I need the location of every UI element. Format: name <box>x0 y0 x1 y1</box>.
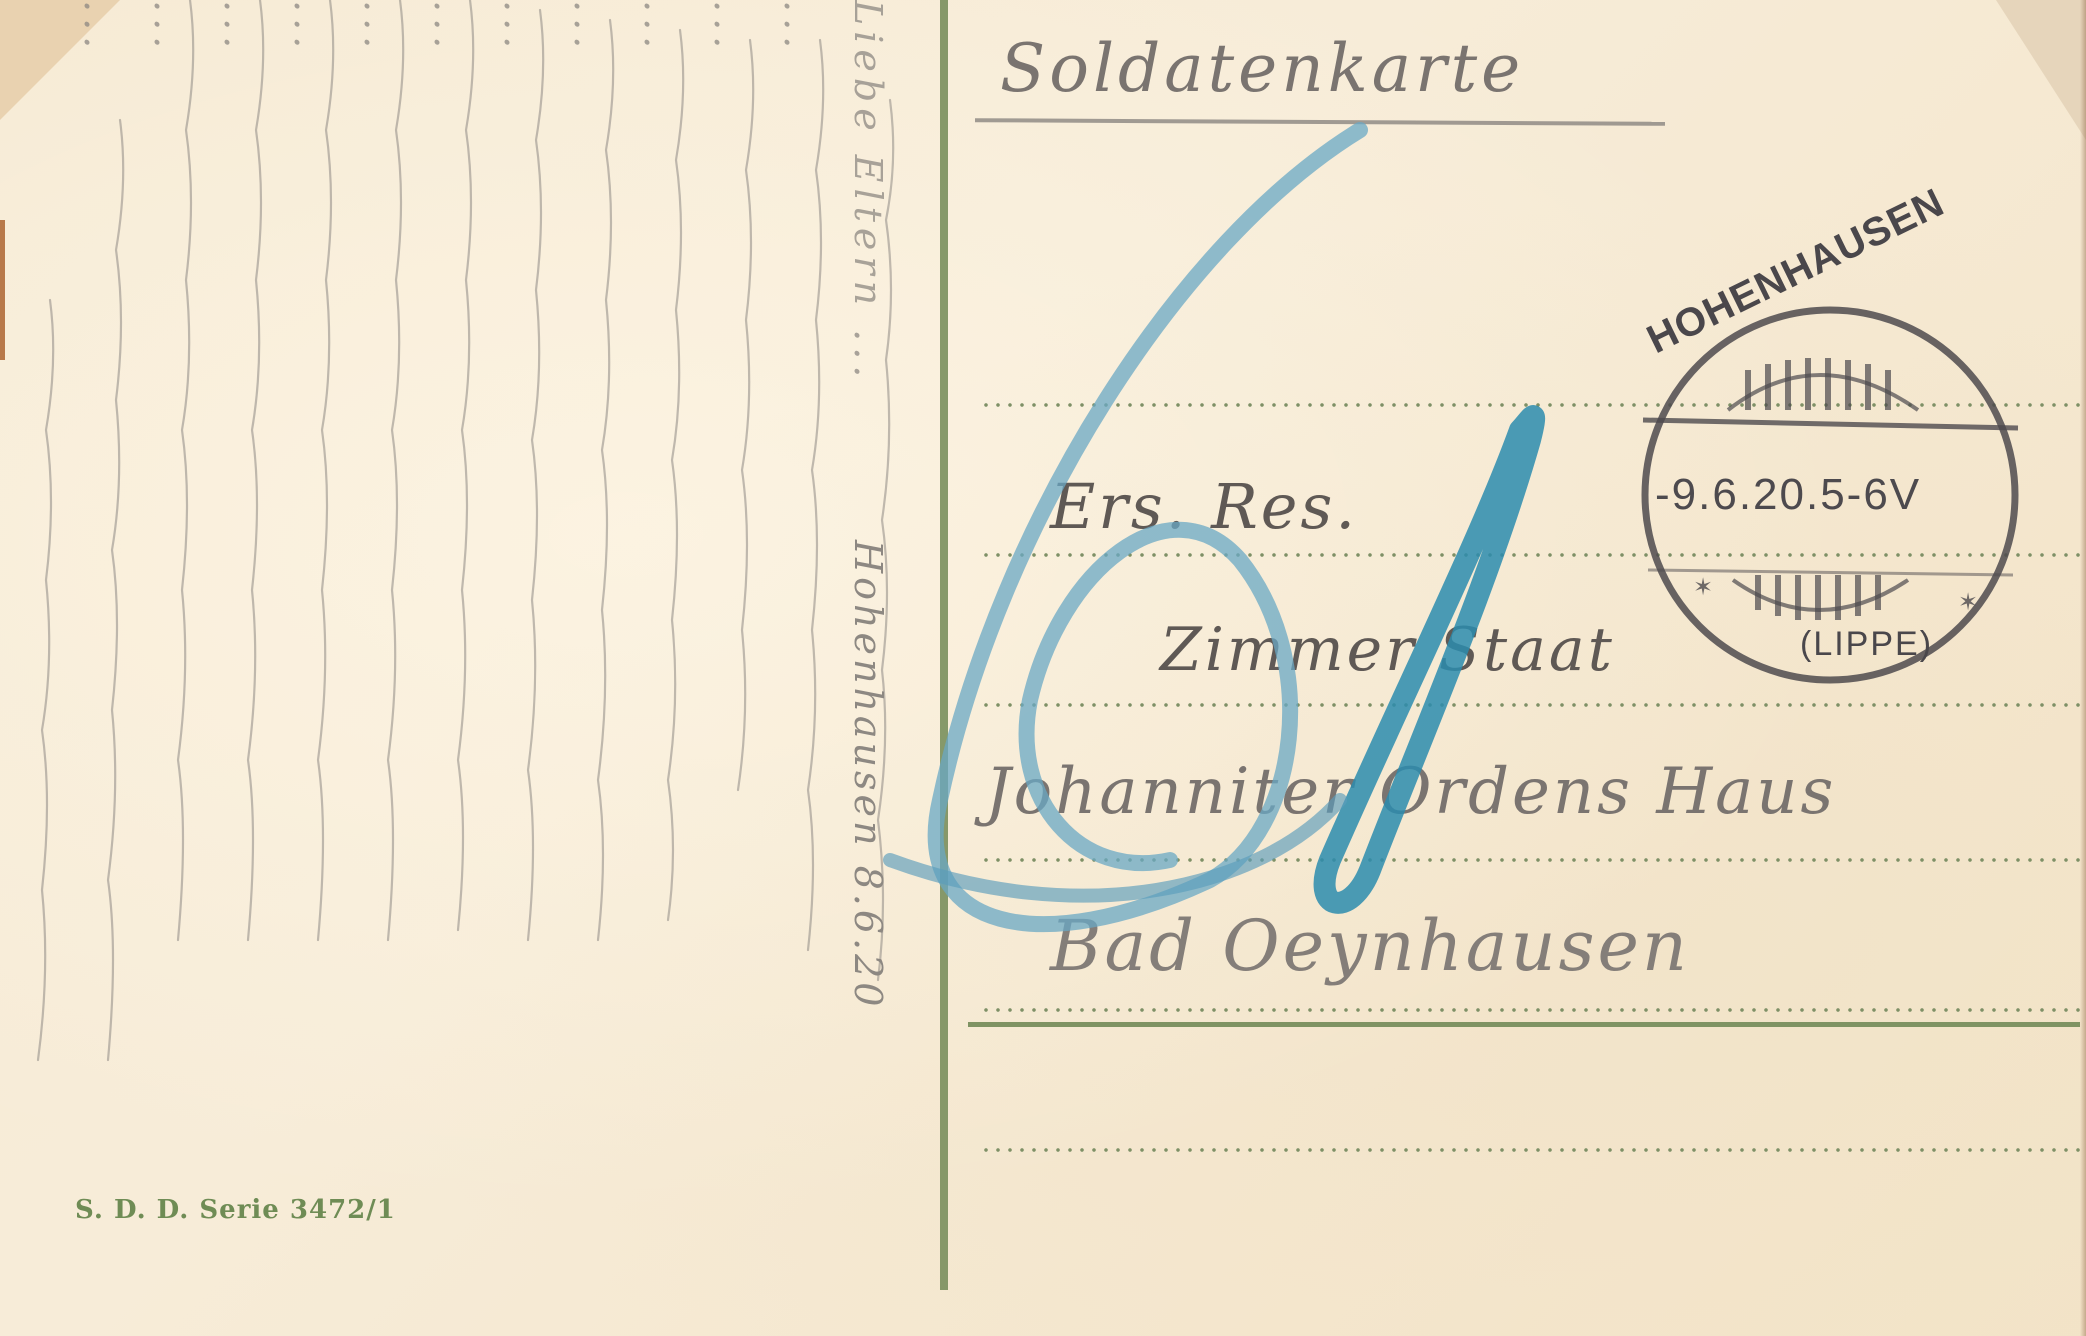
svg-text:✶: ✶ <box>1958 588 1978 616</box>
svg-text:✶: ✶ <box>1693 573 1713 601</box>
worn-corner-top-right <box>1996 0 2086 140</box>
address-dotted-line <box>980 1148 2080 1152</box>
card-edge-right <box>2080 0 2086 1336</box>
publisher-series-label: S. D. D. Serie 3472/1 <box>75 1195 396 1225</box>
address-solid-line <box>968 1022 2080 1027</box>
postmark-region: (LIPPE) <box>1800 625 1933 664</box>
postmark-date: -9.6.20.5-6V <box>1655 470 1921 520</box>
card-edge-stain <box>0 220 5 360</box>
message-area: Liebe Eltern ... ... ... ... ... ... ...… <box>10 0 930 1290</box>
address-dotted-line <box>980 1008 2080 1012</box>
card-heading: Soldatenkarte <box>1000 30 1524 107</box>
pencil-scribble-texture <box>10 0 930 1290</box>
blue-crayon-mark <box>880 100 1640 960</box>
postcard: Liebe Eltern ... ... ... ... ... ... ...… <box>0 0 2086 1336</box>
